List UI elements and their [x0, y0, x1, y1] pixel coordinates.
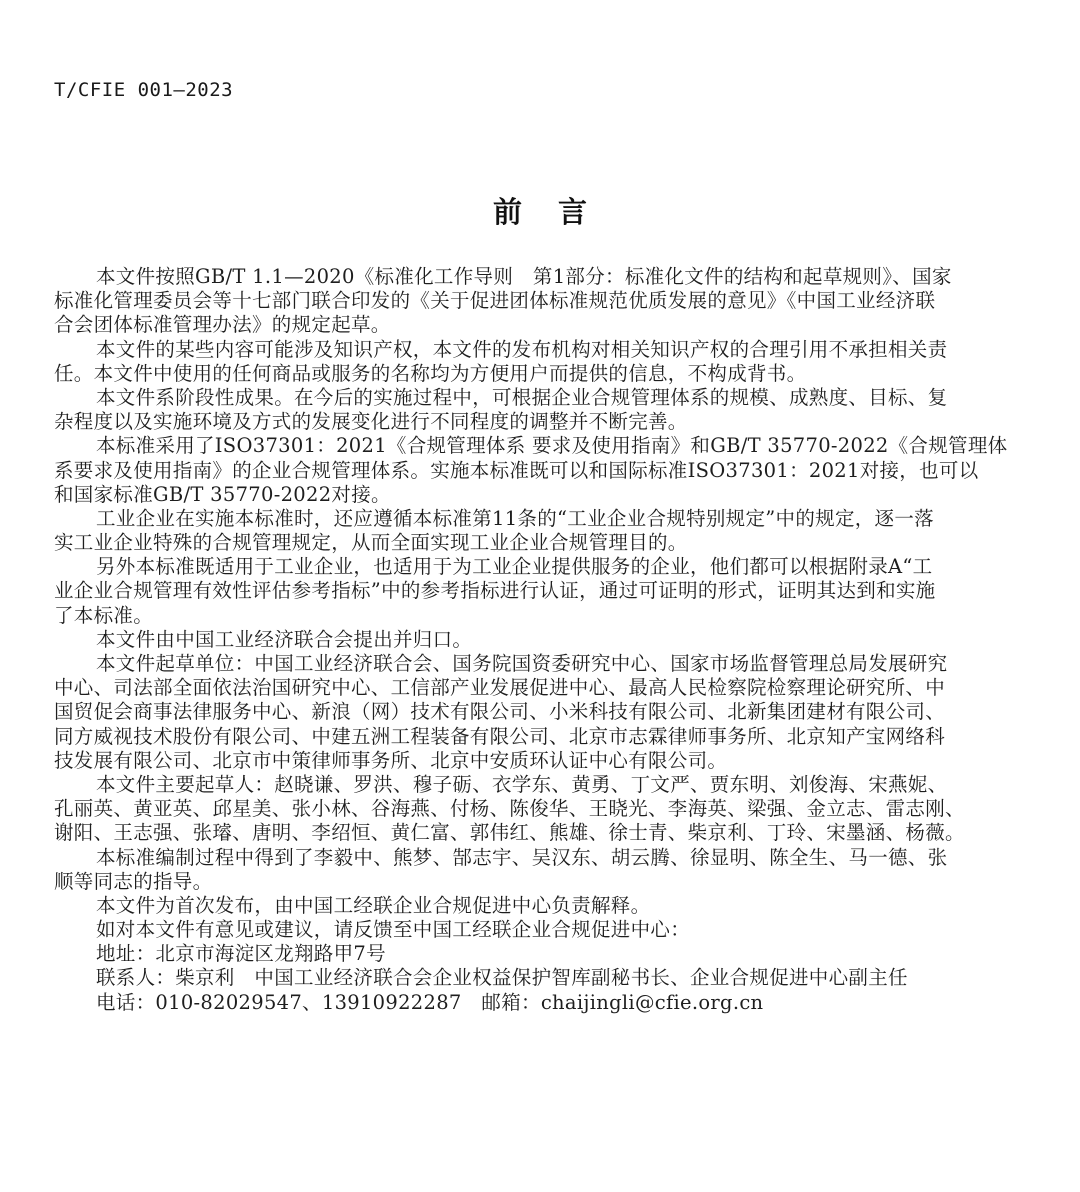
release-note: 本文件为首次发布，由中国工经联企业合规促进中心负责解释。: [54, 894, 1034, 918]
feedback-note: 如对本文件有意见或建议，请反馈至中国工经联企业合规促进中心：: [54, 918, 1034, 942]
paragraph-basis: 本文件按照GB/T 1.1—2020《标准化工作导则 第1部分：标准化文件的结构…: [54, 265, 1034, 338]
contact-phone-email: 电话：010-82029547、13910922287 邮箱：chaijingl…: [54, 991, 1034, 1015]
text-line: 本标准采用了ISO37301：2021《合规管理体系 要求及使用指南》和GB/T…: [54, 434, 1034, 458]
contact-address: 地址：北京市海淀区龙翔路甲7号: [54, 942, 1034, 966]
text-line: 本文件主要起草人：赵晓谦、罗洪、穆子砺、衣学东、黄勇、丁文严、贾东明、刘俊海、宋…: [54, 773, 1034, 797]
paragraph-adoption: 本标准采用了ISO37301：2021《合规管理体系 要求及使用指南》和GB/T…: [54, 434, 1034, 507]
text-line: 标准化管理委员会等十七部门联合印发的《关于促进团体标准规范优质发展的意见》《中国…: [54, 289, 1034, 313]
text-line: 业企业合规管理有效性评估参考指标”中的参考指标进行认证，通过可证明的形式，证明其…: [54, 579, 1034, 603]
text-line: 和国家标准GB/T 35770-2022对接。: [54, 483, 1034, 507]
text-line: 技发展有限公司、北京市中策律师事务所、北京中安质环认证中心有限公司。: [54, 749, 1034, 773]
text-line: 顺等同志的指导。: [54, 870, 1034, 894]
paragraph-stage: 本文件系阶段性成果。在今后的实施过程中，可根据企业合规管理体系的规模、成熟度、目…: [54, 386, 1034, 434]
text-line: 实工业企业特殊的合规管理规定，从而全面实现工业企业合规管理目的。: [54, 531, 1034, 555]
paragraph-drafters: 本文件主要起草人：赵晓谦、罗洪、穆子砺、衣学东、黄勇、丁文严、贾东明、刘俊海、宋…: [54, 773, 1034, 846]
text-line: 系要求及使用指南》的企业合规管理体系。实施本标准既可以和国际标准ISO37301…: [54, 459, 1034, 483]
text-line: 了本标准。: [54, 604, 1034, 628]
text-line: 另外本标准既适用于工业企业，也适用于为工业企业提供服务的企业，他们都可以根据附录…: [54, 555, 1034, 579]
paragraph-guidance: 本标准编制过程中得到了李毅中、熊梦、郜志宇、吴汉东、胡云腾、徐显明、陈全生、马一…: [54, 846, 1034, 894]
page-title: 前言: [0, 190, 1080, 231]
paragraph-scope: 另外本标准既适用于工业企业，也适用于为工业企业提供服务的企业，他们都可以根据附录…: [54, 555, 1034, 628]
paragraph-proposer: 本文件由中国工业经济联合会提出并归口。: [54, 628, 1034, 652]
text-line: 杂程度以及实施环境及方式的发展变化进行不同程度的调整并不断完善。: [54, 410, 1034, 434]
text-line: 中心、司法部全面依法治国研究中心、工信部产业发展促进中心、最高人民检察院检察理论…: [54, 676, 1034, 700]
paragraph-patent: 本文件的某些内容可能涉及知识产权，本文件的发布机构对相关知识产权的合理引用不承担…: [54, 338, 1034, 386]
paragraph-drafting-units: 本文件起草单位：中国工业经济联合会、国务院国资委研究中心、国家市场监督管理总局发…: [54, 652, 1034, 773]
paragraph-industrial: 工业企业在实施本标准时，还应遵循本标准第11条的“工业企业合规特别规定”中的规定…: [54, 507, 1034, 555]
text-line: 本文件按照GB/T 1.1—2020《标准化工作导则 第1部分：标准化文件的结构…: [54, 265, 1034, 289]
text-line: 同方威视技术股份有限公司、中建五洲工程装备有限公司、北京市志霖律师事务所、北京知…: [54, 725, 1034, 749]
text-line: 工业企业在实施本标准时，还应遵循本标准第11条的“工业企业合规特别规定”中的规定…: [54, 507, 1034, 531]
text-line: 任。本文件中使用的任何商品或服务的名称均为方便用户而提供的信息，不构成背书。: [54, 362, 1034, 386]
text-line: 国贸促会商事法律服务中心、新浪（网）技术有限公司、小米科技有限公司、北新集团建材…: [54, 700, 1034, 724]
text-line: 本文件系阶段性成果。在今后的实施过程中，可根据企业合规管理体系的规模、成熟度、目…: [54, 386, 1034, 410]
text-line: 谢阳、王志强、张璿、唐明、李绍恒、黄仁富、郭伟红、熊雄、徐士青、柴京利、丁玲、宋…: [54, 821, 1034, 845]
text-line: 本标准编制过程中得到了李毅中、熊梦、郜志宇、吴汉东、胡云腾、徐显明、陈全生、马一…: [54, 846, 1034, 870]
foreword-body: 本文件按照GB/T 1.1—2020《标准化工作导则 第1部分：标准化文件的结构…: [54, 265, 1034, 1015]
text-line: 孔丽英、黄亚英、邱星美、张小林、谷海燕、付杨、陈俊华、王晓光、李海英、梁强、金立…: [54, 797, 1034, 821]
text-line: 合会团体标准管理办法》的规定起草。: [54, 313, 1034, 337]
contact-person: 联系人：柴京利 中国工业经济联合会企业权益保护智库副秘书长、企业合规促进中心副主…: [54, 966, 1034, 990]
standard-code: T/CFIE 001—2023: [54, 79, 233, 101]
text-line: 本文件起草单位：中国工业经济联合会、国务院国资委研究中心、国家市场监督管理总局发…: [54, 652, 1034, 676]
text-line: 本文件由中国工业经济联合会提出并归口。: [54, 628, 1034, 652]
text-line: 本文件的某些内容可能涉及知识产权，本文件的发布机构对相关知识产权的合理引用不承担…: [54, 338, 1034, 362]
